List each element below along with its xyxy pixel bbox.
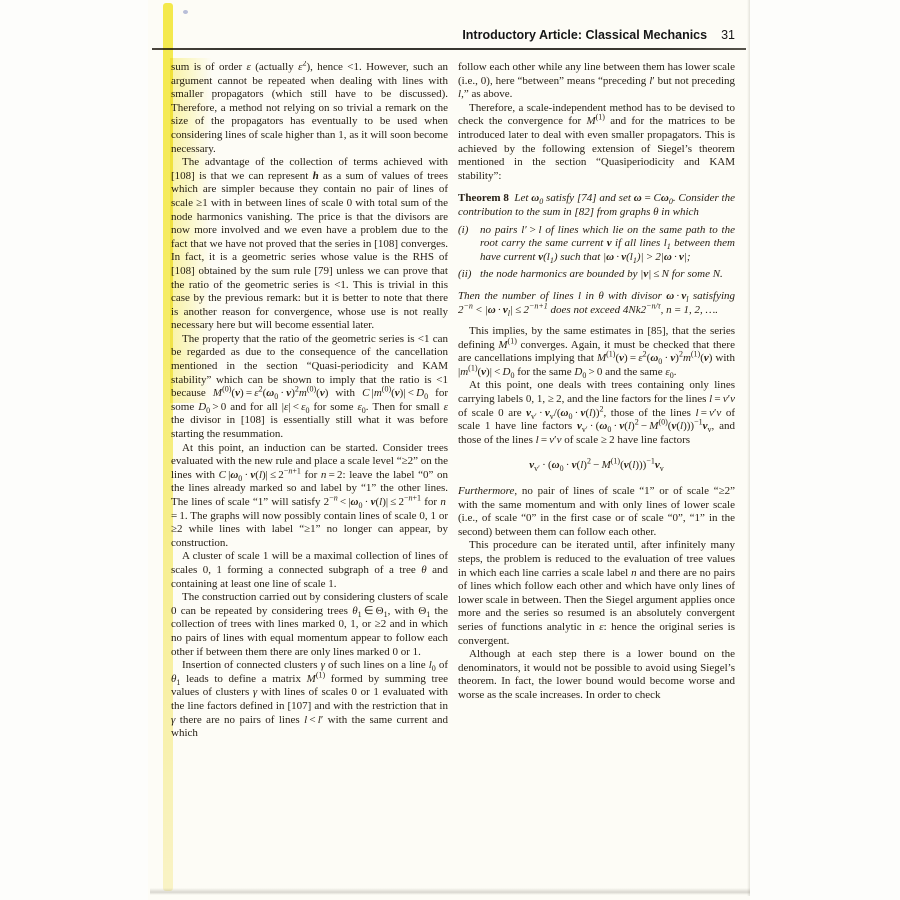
paragraph: Insertion of connected clusters γ of suc… — [171, 659, 448, 741]
display-equation: νv′ · (ω0 · ν(l)2 − M(1)(ν(l)))−1νv — [458, 459, 735, 473]
paragraph: The property that the ratio of the geome… — [171, 333, 448, 442]
paragraph: Although at each step there is a lower b… — [458, 648, 735, 702]
paragraph: Furthermore, no pair of lines of scale “… — [458, 485, 735, 539]
theorem-list-item: (ii)the node harmonics are bounded by |ν… — [458, 268, 735, 282]
highlighter-stripe — [163, 3, 173, 891]
paragraph: Then the number of lines l in θ with div… — [458, 290, 735, 317]
list-marker: (i) — [458, 224, 480, 265]
theorem-list-item: (i)no pairs l′ > l of lines which lie on… — [458, 224, 735, 265]
list-text: the node harmonics are bounded by |ν| ≤ … — [480, 268, 735, 282]
pen-mark — [183, 10, 188, 14]
paragraph: Therefore, a scale-independent method ha… — [458, 102, 735, 184]
paragraph: sum is of order ε (actually ε2), hence <… — [171, 61, 448, 156]
paragraph: follow each other while any line between… — [458, 61, 735, 102]
paragraph: This implies, by the same estimates in [… — [458, 325, 735, 379]
paragraph: A cluster of scale 1 will be a maximal c… — [171, 550, 448, 591]
page-number: 31 — [721, 28, 735, 42]
right-text-column: follow each other while any line between… — [458, 61, 735, 893]
paragraph: The advantage of the collection of terms… — [171, 156, 448, 333]
paragraph: At this point, an induction can be start… — [171, 442, 448, 551]
paragraph: Theorem 8 Let ω0 satisfy [74] and set ω … — [458, 192, 735, 219]
header-rule — [152, 48, 746, 50]
list-marker: (ii) — [458, 268, 480, 282]
paragraph: This procedure can be iterated until, af… — [458, 539, 735, 648]
paragraph: At this point, one deals with trees cont… — [458, 379, 735, 447]
list-text: no pairs l′ > l of lines which lie on th… — [480, 224, 735, 265]
running-head-title: Introductory Article: Classical Mechanic… — [462, 28, 707, 42]
left-text-column: sum is of order ε (actually ε2), hence <… — [171, 61, 448, 893]
running-head: Introductory Article: Classical Mechanic… — [462, 28, 735, 42]
paragraph: The construction carried out by consider… — [171, 591, 448, 659]
page-right-edge — [747, 0, 750, 896]
